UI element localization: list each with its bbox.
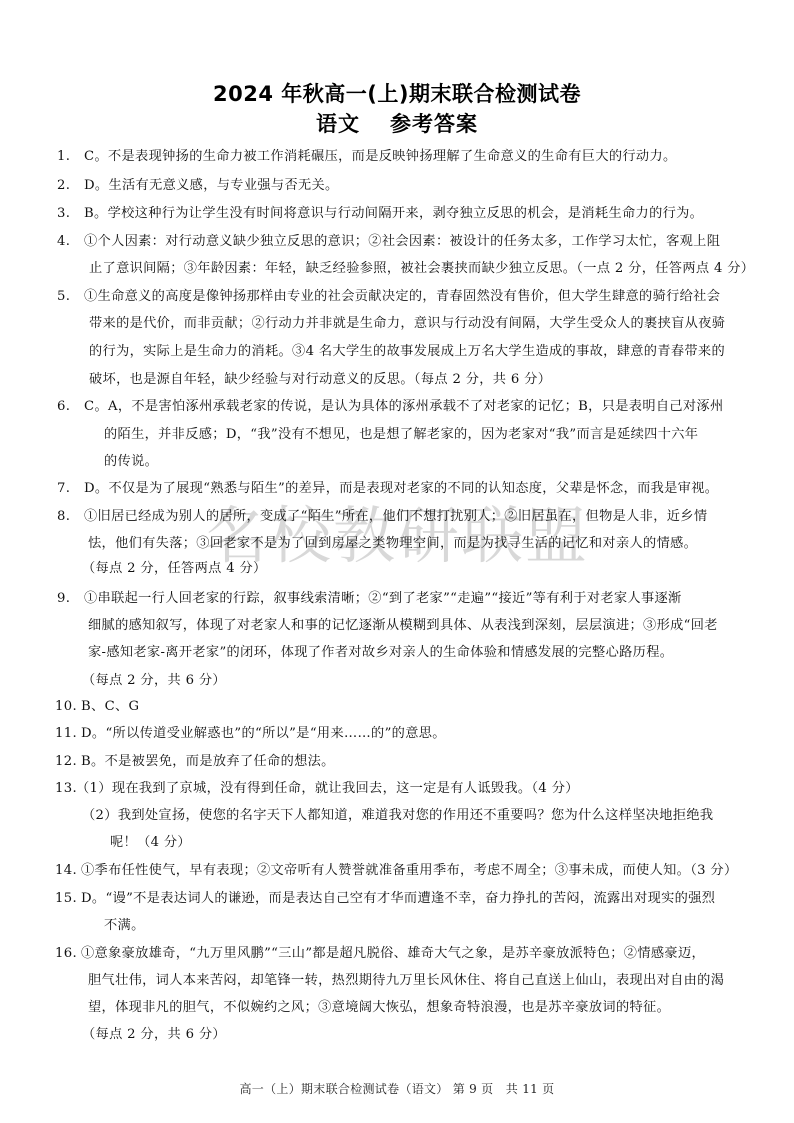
answer-number: 10. [55, 697, 77, 717]
document-title: 2024 年秋高一(上)期末联合检测试卷 [0, 78, 794, 108]
answer-15-line-2: 不满。 [104, 916, 145, 936]
answer-number: 4. [57, 232, 70, 252]
answer-number: 7. [57, 479, 70, 499]
document-subtitle: 语文参考答案 [0, 108, 794, 138]
answer-text: ①串联起一行人回老家的行踪，叙事线索清晰；②“到了老家”“走遍”“接近”等有利于… [84, 589, 682, 609]
answer-text: C。A，不是害怕涿州承载老家的传说，是认为具体的涿州承载不了对老家的记忆；B，只… [84, 397, 724, 417]
answer-text: B。不是被罢免，而是放弃了任命的想法。 [81, 752, 335, 772]
answer-text: D。不仅是为了展现“熟悉与陌生”的差异，而是表现对老家的不同的认知态度，父辈是怀… [84, 479, 718, 499]
answer-text: D。“谩”不是表达词人的谦逊，而是表达自己空有才华而遭逢不幸，奋力挣扎的苦闷，流… [81, 889, 715, 909]
answer-number: 14. [55, 861, 77, 881]
answer-text: ①季布任性使气，早有表现；②文帝听有人赞誉就准备重用季布，考虑不周全；③事未成，… [81, 861, 737, 881]
answer-number: 15. [55, 889, 77, 909]
answer-number: 9. [57, 589, 70, 609]
answer-13-part-2-cont: 呢！（4 分） [110, 833, 191, 853]
answer-16-scoring: （每点 2 分，共 6 分） [82, 1025, 226, 1045]
answer-text: B、C、G [81, 697, 139, 717]
answer-key-page: 2024 年秋高一(上)期末联合检测试卷 语文参考答案 名校教研联盟 1. C。… [0, 0, 794, 1123]
subject-label: 语文 [316, 112, 360, 136]
answer-8-line-2: 怯，他们有失落；③回老家不是为了回到房屋之类物理空间，而是为找寻生活的记忆和对亲… [88, 534, 697, 554]
answer-13-part-2: （2）我到处宣扬，使您的名字天下人都知道，难道我对您的作用还不重要吗？您为什么这… [82, 806, 713, 826]
answer-number: 2. [57, 176, 70, 196]
answer-text: ①旧居已经成为别人的居所，变成了“陌生”所在，他们不想打扰别人；②旧居虽在，但物… [84, 507, 707, 527]
answer-8-scoring: （每点 2 分，任答两点 4 分） [82, 559, 267, 579]
answer-5-line-4: 破坏，也是源自年轻，缺少经验与对行动意义的反思。（每点 2 分，共 6 分） [89, 370, 551, 390]
answer-text: D。“所以传道受业解惑也”的“所以”是“用来……的”的意思。 [81, 724, 446, 744]
page-footer: 高一（上）期末联合检测试卷（语文） 第 9 页 共 11 页 [0, 1080, 794, 1097]
answer-16-line-3: 望，体现非凡的胆气，不似婉约之风；③意境阔大恢弘，想象奇特浪漫，也是苏辛豪放词的… [88, 998, 670, 1018]
answer-text: C。不是表现钟扬的生命力被工作消耗碾压，而是反映钟扬理解了生命意义的生命有巨大的… [84, 147, 677, 167]
answer-text: （1）现在我到了京城，没有得到任命，就让我回去，这一定是有人诋毁我。（4 分） [76, 779, 579, 799]
answer-6-line-2: 的陌生，并非反感；D，“我”没有不想见，也是想了解老家的，因为老家对“我”而言是… [104, 425, 698, 445]
answer-5-line-3: 的行为，实际上是生命力的消耗。③4 名大学生的故事发展成上万名大学生造成的事故，… [89, 342, 725, 362]
answer-key-label: 参考答案 [390, 112, 478, 136]
answer-text: ①生命意义的高度是像钟扬那样由专业的社会贡献决定的，青春固然没有售价，但大学生肆… [84, 287, 720, 307]
answer-number: 3. [57, 204, 70, 224]
answer-number: 1. [57, 147, 70, 167]
answer-number: 6. [57, 397, 70, 417]
answer-text: D。生活有无意义感，与专业强与否无关。 [84, 176, 339, 196]
answer-number: 13. [55, 779, 77, 799]
answer-9-line-2: 细腻的感知叙写，体现了对老家人和事的记忆逐渐从模糊到具体、从表浅到深刻，层层演进… [88, 616, 718, 636]
answer-9-scoring: （每点 2 分，共 6 分） [82, 671, 226, 691]
answer-text: B。学校这种行为让学生没有时间将意识与行动间隔开来，剥夺独立反思的机会，是消耗生… [84, 204, 703, 224]
answer-16-line-2: 胆气壮伟，词人本来苦闷，却笔锋一转，热烈期待九万里长风休住、将自己直送上仙山，表… [88, 971, 724, 991]
answer-4-line-2: 止了意识间隔；③年龄因素：年轻，缺乏经验参照，被社会裹挟而缺少独立反思。（一点 … [89, 259, 754, 279]
answer-number: 12. [55, 752, 77, 772]
answer-text: ①个人因素：对行动意义缺少独立反思的意识；②社会因素：被设计的任务太多，工作学习… [84, 232, 720, 252]
answer-9-line-3: 家-感知老家-离开老家”的闭环，体现了作者对故乡对亲人的生命体验和情感发展的完整… [88, 643, 673, 663]
answer-number: 8. [57, 507, 70, 527]
answer-number: 16. [55, 944, 77, 964]
answer-number: 5. [57, 287, 70, 307]
answer-6-line-3: 的传说。 [104, 452, 158, 472]
answer-number: 11. [55, 724, 77, 744]
answer-5-line-2: 带来的是代价，而非贡献；②行动力并非就是生命力，意识与行动没有间隔，大学生受众人… [89, 314, 725, 334]
answer-text: ①意象豪放雄奇，“九万里风鹏”“三山”都是超凡脱俗、雄奇大气之象，是苏辛豪放派特… [81, 944, 705, 964]
